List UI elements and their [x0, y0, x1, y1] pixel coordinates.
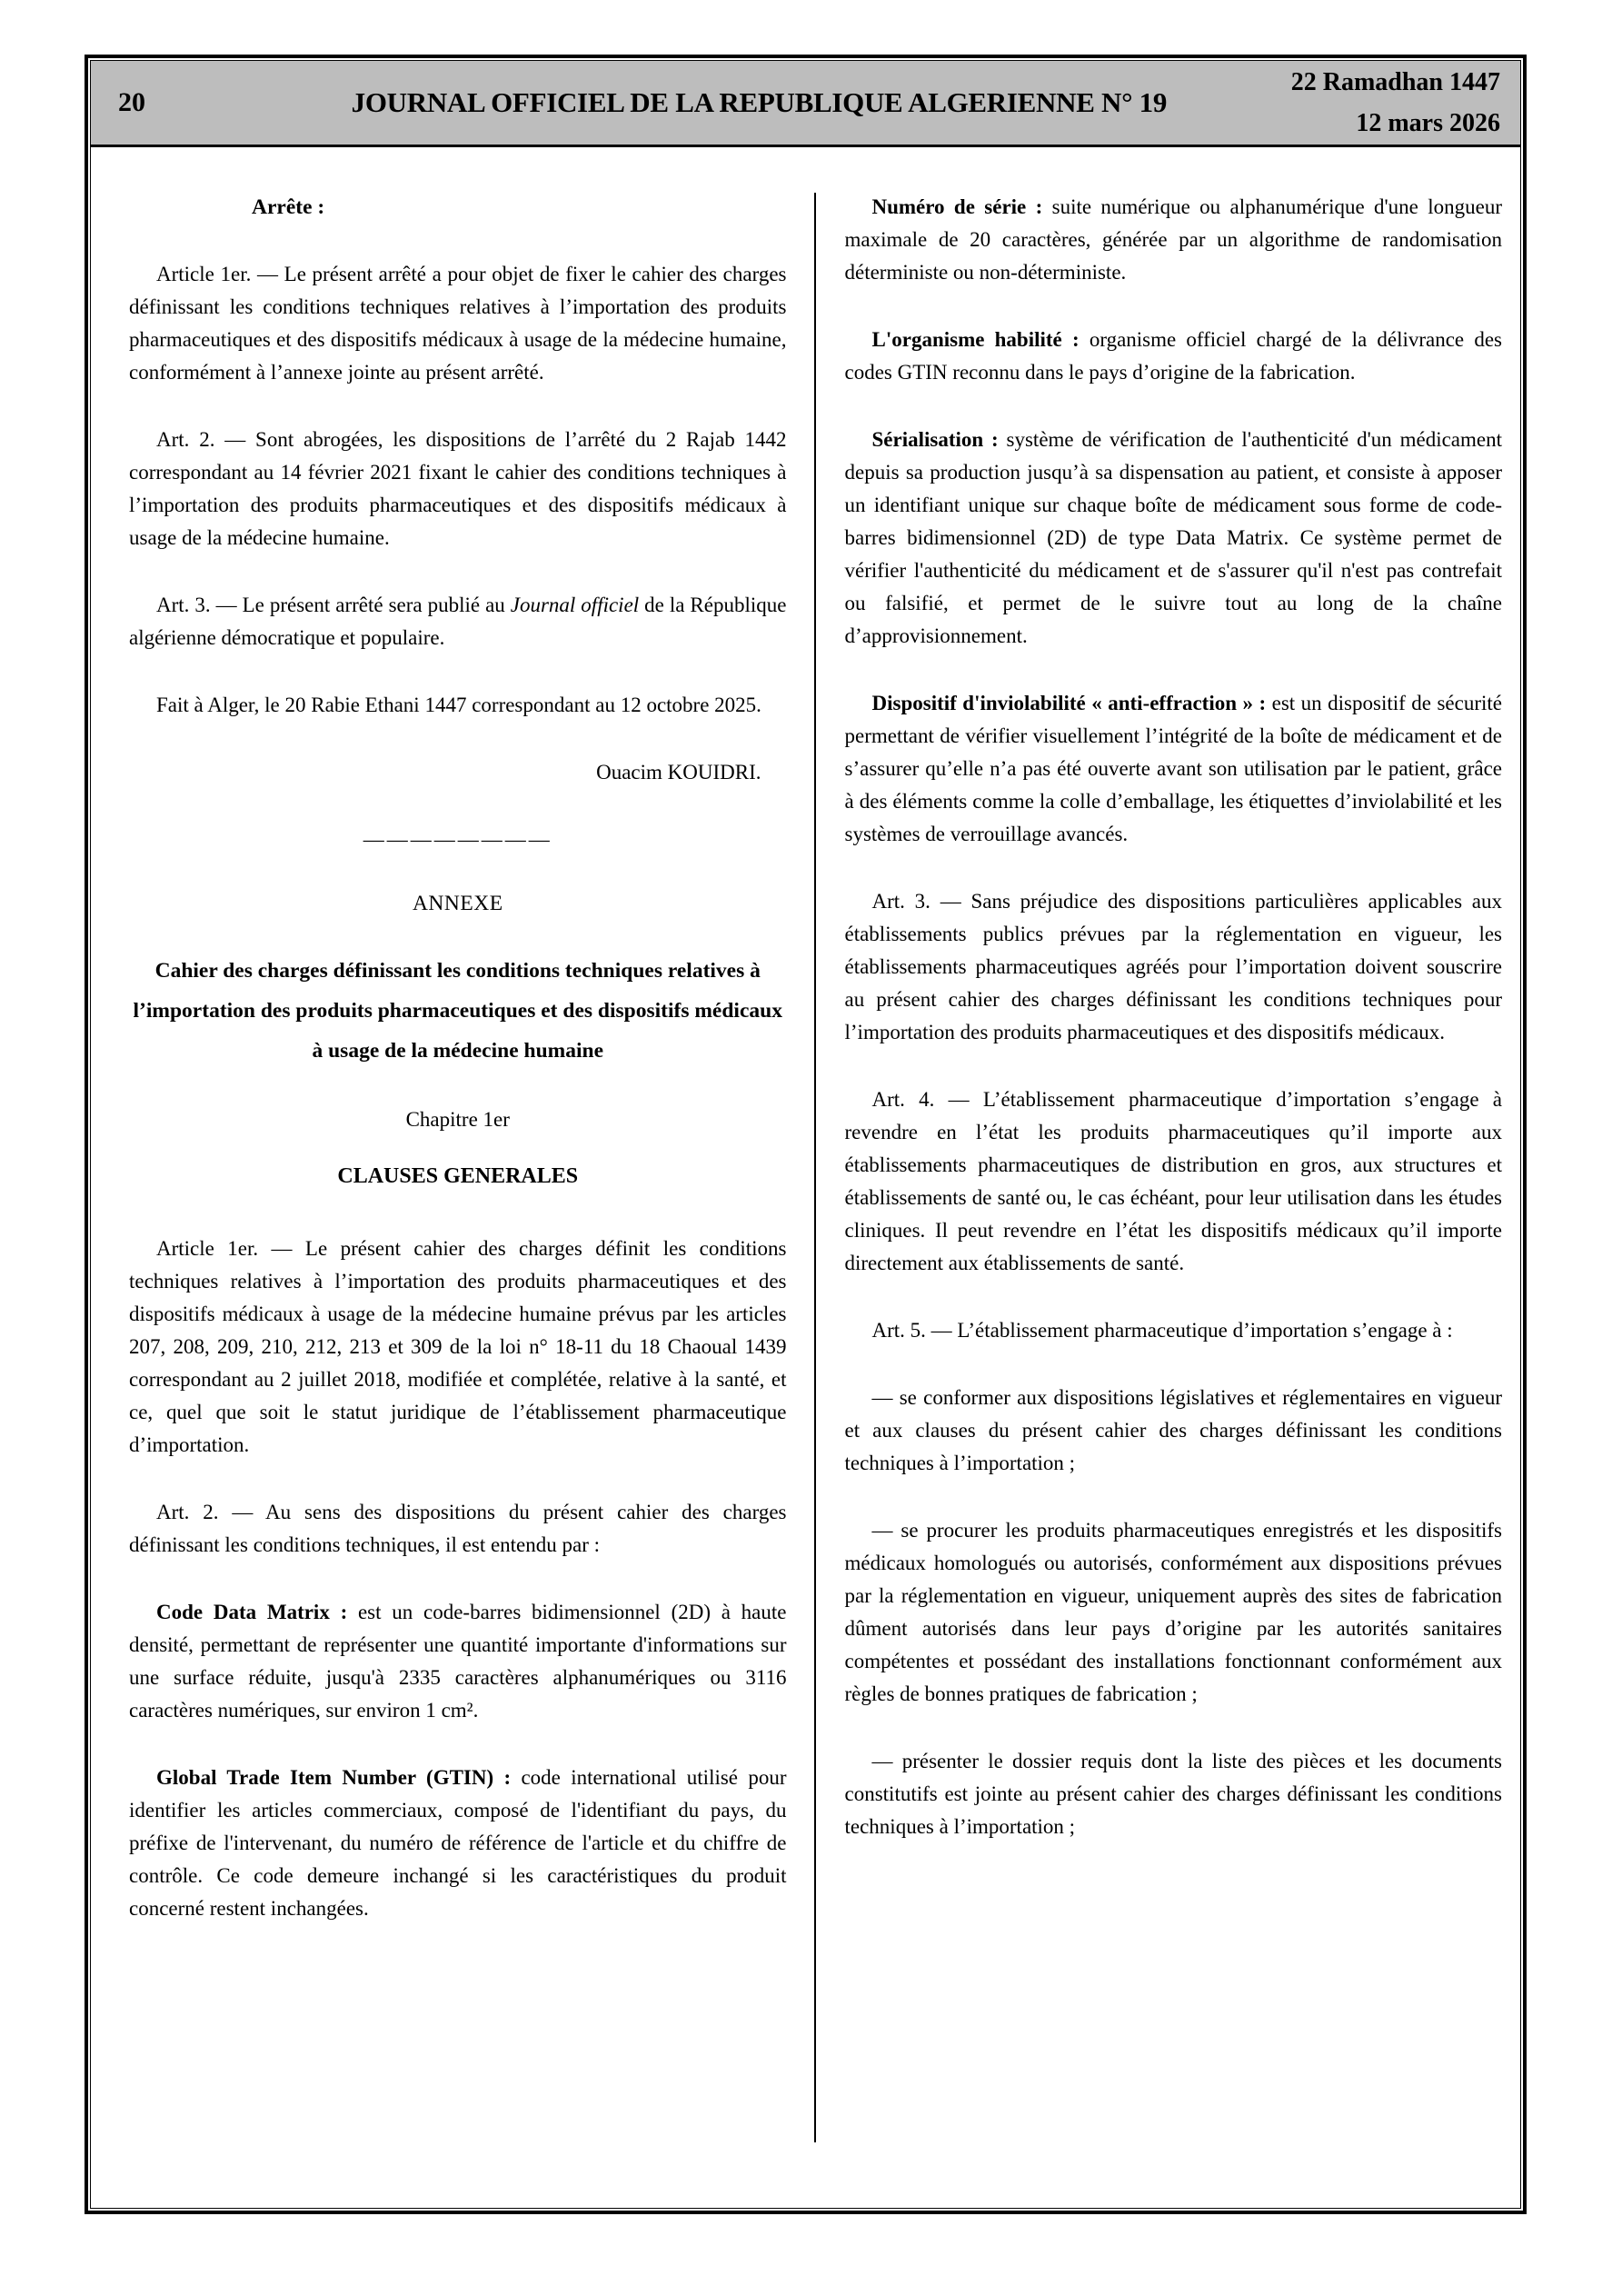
definition-term-dispositif-inviolabilite: Dispositif d'inviolabilité « anti-effrac…	[872, 692, 1267, 714]
journal-page-inner-frame: 20 JOURNAL OFFICIEL DE LA REPUBLIQUE ALG…	[90, 60, 1521, 2209]
header-dates: 22 Ramadhan 1447 12 mars 2026	[1291, 62, 1500, 144]
right-column: Numéro de série : suite numérique ou alp…	[845, 191, 1503, 1960]
paragraph-right-art-5: Art. 5. — L’établissement pharmaceutique…	[845, 1314, 1503, 1347]
paragraph-fait-a-alger: Fait à Alger, le 20 Rabie Ethani 1447 co…	[129, 689, 787, 722]
list-item-se-procurer: — se procurer les produits pharmaceutiqu…	[845, 1514, 1503, 1711]
definition-text-gtin: code international utilisé pour identifi…	[129, 1766, 787, 1920]
definition-organisme-habilite: L'organisme habilité : organisme officie…	[845, 324, 1503, 389]
date-gregorian: 12 mars 2026	[1291, 103, 1500, 144]
chapitre-heading: Chapitre 1er	[129, 1103, 787, 1136]
page-content: Arrête : Article 1er. — Le présent arrêt…	[91, 147, 1520, 2208]
date-hijri: 22 Ramadhan 1447	[1291, 62, 1500, 103]
paragraph-annexe-article-1er: Article 1er. — Le présent cahier des cha…	[129, 1233, 787, 1462]
clauses-generales-heading: CLAUSES GENERALES	[129, 1160, 787, 1193]
paragraph-art-3: Art. 3. — Le présent arrêté sera publié …	[129, 589, 787, 654]
art-3-text-before: Art. 3. — Le présent arrêté sera publié …	[156, 594, 511, 616]
signature-name: Ouacim KOUIDRI.	[129, 756, 787, 789]
definition-text-dispositif-inviolabilite: est un dispositif de sécurité permettant…	[845, 692, 1503, 845]
column-divider-rule	[814, 193, 816, 2142]
list-item-se-conformer: — se conformer aux dispositions législat…	[845, 1382, 1503, 1480]
page-header-band: 20 JOURNAL OFFICIEL DE LA REPUBLIQUE ALG…	[91, 61, 1520, 147]
definition-code-data-matrix: Code Data Matrix : est un code-barres bi…	[129, 1596, 787, 1727]
definition-numero-de-serie: Numéro de série : suite numérique ou alp…	[845, 191, 1503, 289]
definition-dispositif-inviolabilite: Dispositif d'inviolabilité « anti-effrac…	[845, 687, 1503, 851]
arrete-heading: Arrête :	[129, 191, 787, 224]
definition-term-numero-de-serie: Numéro de série :	[872, 195, 1043, 218]
list-item-presenter-dossier: — présenter le dossier requis dont la li…	[845, 1745, 1503, 1843]
paragraph-right-art-3: Art. 3. — Sans préjudice des disposition…	[845, 885, 1503, 1049]
definition-term-gtin: Global Trade Item Number (GTIN) :	[156, 1766, 511, 1789]
journal-page: 20 JOURNAL OFFICIEL DE LA REPUBLIQUE ALG…	[85, 55, 1527, 2214]
definition-serialisation: Sérialisation : système de vérification …	[845, 424, 1503, 653]
page-number: 20	[118, 87, 227, 118]
journal-officiel-italic: Journal officiel	[511, 594, 639, 616]
paragraph-annexe-art-2: Art. 2. — Au sens des dispositions du pr…	[129, 1496, 787, 1562]
definition-gtin: Global Trade Item Number (GTIN) : code i…	[129, 1762, 787, 1925]
annexe-heading: ANNEXE	[129, 887, 787, 920]
section-divider-dashes: ————————	[129, 824, 787, 856]
definition-term-code-data-matrix: Code Data Matrix :	[156, 1601, 347, 1623]
paragraph-article-1er: Article 1er. — Le présent arrêté a pour …	[129, 258, 787, 389]
left-column: Arrête : Article 1er. — Le présent arrêt…	[129, 191, 787, 1960]
paragraph-right-art-4: Art. 4. — L’établissement pharmaceutique…	[845, 1083, 1503, 1280]
annexe-title: Cahier des charges définissant les condi…	[129, 951, 787, 1071]
definition-text-serialisation: système de vérification de l'authenticit…	[845, 428, 1503, 647]
paragraph-art-2: Art. 2. — Sont abrogées, les disposition…	[129, 424, 787, 554]
definition-term-serialisation: Sérialisation :	[872, 428, 999, 451]
journal-title: JOURNAL OFFICIEL DE LA REPUBLIQUE ALGERI…	[227, 86, 1291, 119]
definition-term-organisme-habilite: L'organisme habilité :	[872, 328, 1080, 351]
